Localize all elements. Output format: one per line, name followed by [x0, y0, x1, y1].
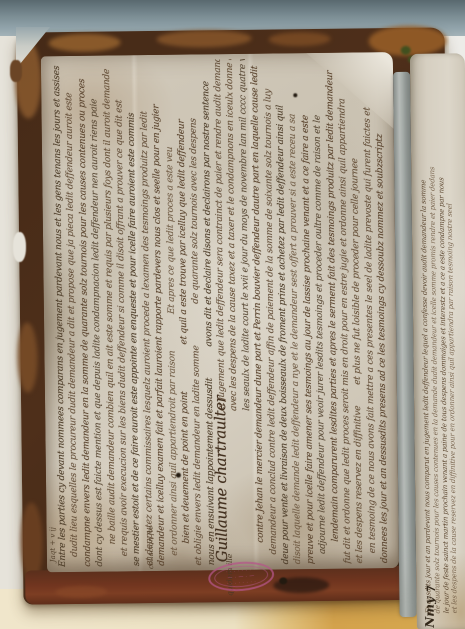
rust-patch — [269, 32, 331, 47]
ink-blot — [279, 577, 287, 584]
rust-patch — [157, 30, 252, 48]
heading-name: Guillaume chartraulter — [211, 410, 263, 563]
parchment-page: Entre les parties cy devant nommees comp… — [41, 52, 399, 572]
edge-rust-blotch — [55, 586, 107, 599]
library-stamp: · · · · · · · · — · — · — · · · · · · · … — [207, 559, 275, 593]
margin-note: Jaqt + v ij — [48, 476, 64, 562]
ink-blot — [293, 93, 297, 97]
manuscript-photograph: Entre les parties cy devant nommees comp… — [0, 0, 465, 629]
heading-name-block: Guillaume chartraulter — [211, 410, 263, 563]
manuscript-book: Entre les parties cy devant nommees comp… — [17, 27, 452, 604]
signature-scrawl: Nmy ⁊ — [422, 523, 453, 627]
moss-spot — [401, 46, 411, 55]
edge-notch — [13, 232, 26, 262]
rust-patch — [17, 322, 38, 392]
leather-tab — [10, 60, 22, 82]
ink-blot — [176, 473, 181, 478]
rust-patch — [49, 33, 121, 52]
adjacent-page: Et ausdits jour et an pardevant nous com… — [410, 53, 465, 629]
margin-note: collacion fte — [146, 507, 163, 569]
